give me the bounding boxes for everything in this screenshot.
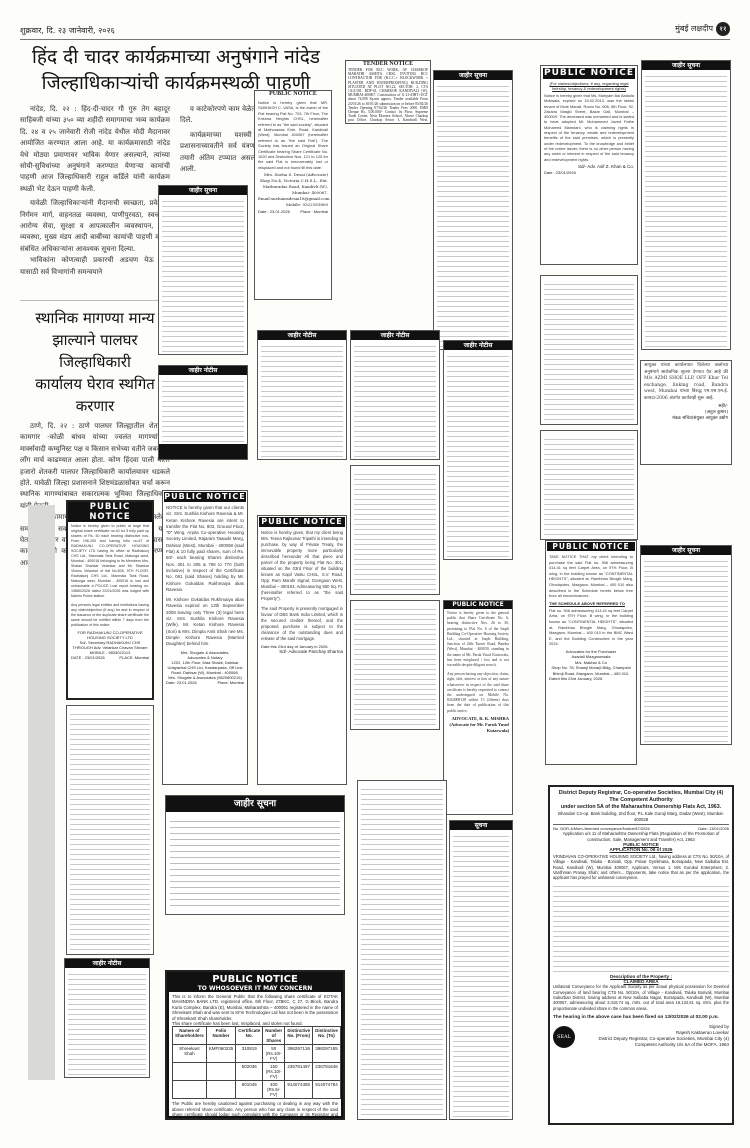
suchana-lower: सूचना — [449, 820, 513, 1120]
address: Shop No.4, Victoria C.H.S.L., Ext. Mathu… — [258, 178, 328, 196]
cell — [206, 1081, 236, 1099]
notice-title: PUBLIC NOTICE — [68, 502, 152, 522]
jahir-suchana-mid2 — [350, 465, 440, 595]
public-notice-kutar: PUBLIC NOTICE Notice is hereby given to … — [443, 600, 513, 815]
notice-body: TENDER FOR RCC WORK, OF CHARKOP MARATHI … — [346, 68, 430, 124]
ddr-public-notice: District Deputy Registrar, Co-operative … — [548, 785, 734, 1125]
public-notice-vasa: PUBLIC NOTICE Notice is hereby given tha… — [254, 90, 332, 300]
masthead: मुंबई लक्षदीप११ — [675, 22, 730, 36]
authority-line: The Competent Authority — [553, 797, 729, 804]
hearing-date: The hearing in the above case has been f… — [553, 1015, 729, 1020]
headline-line: कार्यालय घेराव स्थगित करणार — [20, 373, 170, 417]
authority-line: District Deputy Registrar, Co-operative … — [553, 790, 729, 797]
jahir-notis-lower — [357, 780, 447, 1120]
article-headline: स्थानिक मागण्या मान्य झाल्याने पालघर जिल… — [20, 307, 170, 417]
cell — [206, 1063, 236, 1081]
date: Date : 23.01.2026 — [258, 209, 290, 214]
page-number: ११ — [716, 22, 730, 36]
property-description: Unilateral Conveyance for the Applicant … — [553, 984, 729, 1010]
table-row: 502036 150 (Rs.10/- FV) 236781497 236781… — [173, 1063, 341, 1081]
notice-subtitle: TO WHOSOEVER IT MAY CONCERN — [169, 985, 341, 992]
authority-line: under section 5A of the Maharashtra Owne… — [553, 804, 729, 811]
cell: 400 (Rs.5/- FV) — [263, 1081, 285, 1099]
table-header: Folio Number — [206, 1027, 236, 1045]
public-notice-kotak: PUBLIC NOTICE TO WHOSOEVER IT MAY CONCER… — [165, 970, 345, 1120]
table-row: 801045 400 (Rs.5/- FV) 914074385 9140747… — [173, 1081, 341, 1099]
headline-line: झाल्याने पालघर जिल्हाधिकारी — [20, 329, 170, 373]
notice-body — [544, 280, 634, 420]
signature: ADVOCATE, R. K. MISHRA — [447, 716, 509, 722]
table-header: Distinctive No. (To) — [313, 1027, 341, 1045]
notice-signature: Mrs. Sneha S. Desai (Advocate) Shop No.4… — [255, 172, 331, 208]
cell: 914074385 — [285, 1081, 313, 1099]
notice-body: Notice is hereby given to public at larg… — [68, 522, 152, 601]
jahir-notis-left: जाहीर नोटीस — [158, 365, 248, 460]
notice-body — [354, 605, 436, 725]
notice-body — [162, 197, 244, 352]
notice-body — [645, 72, 727, 347]
table-header: Names of Shareholders — [173, 1027, 207, 1045]
public-notice-claims: PUBLIC NOTICE (For claims/objections, if… — [540, 65, 638, 265]
table-row: Shreekant Shah KMF060235 310819 50 (Rs.1… — [173, 1045, 341, 1063]
notice-body: NOTICE is hereby given that our clients … — [163, 503, 247, 595]
notice-body — [354, 342, 436, 457]
notice-body — [453, 832, 509, 1117]
jahir-suchana-wide: जाहीर सूचना — [165, 795, 345, 915]
public-notice-radhakunj: PUBLIC NOTICE Notice is hereby given to … — [66, 500, 154, 700]
notice-title: PUBLIC NOTICE — [169, 974, 341, 985]
notice-body: Any person having any objection, claim, … — [444, 670, 512, 716]
table-header: Certificate No. — [236, 1027, 263, 1045]
court-notice2 — [540, 430, 638, 540]
jahir-suchana-right2: जाहीर सूचना — [640, 545, 732, 745]
notice-footer-black — [159, 444, 247, 460]
notice-body: Notice is hereby given that Ms. Mariyam … — [541, 91, 637, 164]
notice-title: जाहीर सूचना — [159, 186, 247, 195]
paper-name: मुंबई लक्षदीप — [675, 24, 713, 33]
cell: 50 (Rs.10/- FV) — [263, 1045, 285, 1063]
signature: (Advocate for Mr. Faruk Yusuf Kutarwala) — [447, 722, 509, 734]
seal-icon: SEAL — [553, 1026, 575, 1048]
table-header: Distinctive No. (From) — [285, 1027, 313, 1045]
table-header: Number of Shares — [263, 1027, 285, 1045]
cell: Shreekant Shah — [173, 1045, 207, 1063]
notice-title: PUBLIC NOTICE — [543, 68, 635, 79]
jahir-notis-mid3: जाहीर नोटीस — [443, 340, 513, 560]
date: Date: 23.01.2026 — [166, 680, 197, 685]
public-notice-tripathi: PUBLIC NOTICE Notice is hereby given, th… — [257, 515, 347, 785]
notice-body: This is to inform the General Public tha… — [172, 994, 338, 1021]
cell — [173, 1063, 207, 1081]
notice-body — [361, 785, 443, 1115]
govt-notice: आयुक्त यांच्या कार्यालयात दिलेल्या अर्जा… — [640, 360, 732, 465]
jahir-notis-bottom-left: जाहीर नोटीस — [64, 958, 150, 1078]
public-notice-continental: PUBLIC NOTICE TAKE NOTICE THAT my client… — [545, 540, 637, 765]
ad-space-strip — [28, 505, 55, 1080]
signature: मंडळ सचिव/संयुक्त आयुक्त उद्योग — [644, 416, 728, 422]
application-text: Application u/s 11 of Maharashtra Owners… — [553, 831, 729, 842]
notice-title: जाहीर सूचना — [166, 796, 344, 812]
notice-title: जाहीर सूचना — [641, 546, 731, 555]
notice-body — [544, 435, 634, 535]
cell: 310819 — [236, 1045, 263, 1063]
cell: 914074784 — [313, 1081, 341, 1099]
notice-title: PUBLIC NOTICE — [444, 601, 512, 609]
cell: 801045 — [236, 1081, 263, 1099]
headline-line: स्थानिक मागण्या मान्य — [20, 307, 170, 329]
jahir-suchana-right: जाहीर सूचना — [641, 60, 731, 350]
cell: 398297185 — [313, 1045, 341, 1063]
notice-body — [644, 557, 728, 742]
application-number: APPLICATION No. 06 of 2026 — [553, 847, 729, 852]
notice-body — [162, 377, 244, 442]
notice-body: TAKE NOTICE THAT my client intending to … — [546, 552, 636, 601]
notice-body: The Public are hereby cautioned against … — [172, 1101, 338, 1116]
signature: Sd/- Advocate Parichay Sharma — [258, 649, 346, 655]
jahir-notis-mid: जाहीर नोटीस — [257, 330, 347, 460]
jahir-notis-mid4 — [350, 600, 440, 730]
notice-body — [447, 352, 509, 557]
notice-body: आयुक्त यांच्या कार्यालयात दिलेल्या अर्जा… — [641, 361, 731, 404]
place: Place: Mumbai — [218, 680, 244, 685]
signature: Competent Authority U/s 5A of the MOFA, … — [598, 1042, 729, 1048]
headline-line: हिंद दी चादर कार्यक्रमाच्या अनुषंगाने ना… — [20, 44, 332, 70]
authority-address: Bhandari Co-op. Bank building, 2nd floor… — [553, 811, 729, 822]
article-paragraph: नांदेड, दि. २२ : हिंद-दी-चादर गौ गुरु ते… — [20, 104, 170, 195]
shares-table: Names of Shareholders Folio Number Certi… — [172, 1026, 341, 1099]
notice-body — [68, 970, 146, 1075]
cell: 236781646 — [313, 1063, 341, 1081]
issue-date: शुक्रवार, दि. २३ जानेवारी, २०२६ — [20, 25, 115, 36]
notice-body: Any persons legal entities and instituti… — [68, 601, 152, 630]
address: 1202, 12th Floor, Maa Shakti, Dahisar Ud… — [163, 660, 247, 675]
notice-body: The said Property is presently mortgaged… — [258, 604, 346, 644]
notice-title: जाहीर नोटीस — [351, 331, 439, 340]
notice-body: Notice is hereby given that MR. SUBHASH … — [255, 98, 331, 172]
notice-subtitle: (For claims/objections, if any, regardin… — [541, 81, 637, 91]
notice-body: Mr. Kishore Gokaldas Rukhmaiya alias Rav… — [163, 595, 247, 649]
notice-body — [261, 342, 343, 457]
jahir-suchana-mid: जाहीर सूचना — [433, 70, 513, 350]
notice-body: Notice is hereby given to the general pu… — [444, 609, 512, 670]
notice-body: VRINDAVAN CO-OPERATIVE HOUSING SOCIETY L… — [553, 854, 729, 880]
cell: 398297136 — [285, 1045, 313, 1063]
cell: 150 (Rs.10/- FV) — [263, 1063, 285, 1081]
notice-title: जाहीर नोटीस — [444, 341, 512, 350]
notice-title: जाहीर सूचना — [642, 61, 730, 70]
place: PLACE: Mumbai — [119, 655, 149, 660]
signature: FOR RADHAKUNJ CO-OPERATIVE HOUSING SOCIE… — [68, 630, 152, 640]
notice-body: Notice is hereby given, that my client b… — [258, 528, 346, 604]
article-paragraph: ठाणे, दि. २२ : ठाणे पालघर जिल्ह्यातील शे… — [20, 421, 170, 512]
notice-title: TENDER NOTICE — [346, 61, 430, 68]
article-headline: हिंद दी चादर कार्यक्रमाच्या अनुषंगाने ना… — [20, 44, 332, 96]
notice-title: जाहीर नोटीस — [159, 366, 247, 375]
notice-title: जाहीर सूचना — [434, 71, 512, 80]
public-notice-ravesia: PUBLIC NOTICE NOTICE is hereby given tha… — [162, 490, 248, 785]
notice-title: PUBLIC NOTICE — [547, 542, 635, 551]
date: Dated this 23rd January, 2026 — [546, 676, 636, 681]
notice-body — [354, 470, 436, 590]
notice-body — [437, 82, 509, 347]
article-paragraph: भाविकांना कोणत्याही प्रकारची अडचण येऊ नय… — [20, 255, 170, 278]
notice-title: PUBLIC NOTICE — [255, 91, 331, 98]
notice-title: जाहीर नोटीस — [258, 331, 346, 340]
notice-title: PUBLIC NOTICE — [259, 517, 345, 527]
address: Shop No. 78, Shamji Morarji Bldg, Champs… — [546, 665, 636, 676]
notice-title: जाहीर नोटीस — [65, 959, 149, 968]
jahir-notis-mid2: जाहीर नोटीस — [350, 330, 440, 460]
tender-notice: TENDER NOTICE TENDER FOR RCC WORK, OF CH… — [345, 60, 431, 124]
place: Place : Mumbai — [300, 209, 328, 214]
schedule-body: Flat no. 906 admeasuring 414.41 sq feet … — [546, 606, 636, 649]
date: Date : 23/01/2026 — [541, 170, 637, 175]
notice-title: PUBLIC NOTICE — [164, 492, 246, 502]
notice-body — [170, 816, 340, 911]
jahir-notis-left2 — [66, 705, 154, 955]
page-header: शुक्रवार, दि. २३ जानेवारी, २०२६ मुंबई लक… — [20, 18, 730, 40]
cell: 502036 — [236, 1063, 263, 1081]
cell: 236781497 — [285, 1063, 313, 1081]
notice-body — [70, 710, 150, 950]
date: DATE : 23/01/2026 — [71, 655, 105, 660]
cell: KMF060235 — [206, 1045, 236, 1063]
court-notice — [540, 275, 638, 425]
notice-title: सूचना — [450, 821, 512, 830]
jahir-suchana-left: जाहीर सूचना — [158, 185, 248, 355]
cell — [173, 1081, 207, 1099]
schedule-title: THE SCHEDULE ABOVE REFERRED TO — [546, 601, 636, 606]
article-paragraph: यावेळी जिल्हाधिकाऱ्यांनी मैदानाची स्वच्छ… — [20, 198, 170, 255]
